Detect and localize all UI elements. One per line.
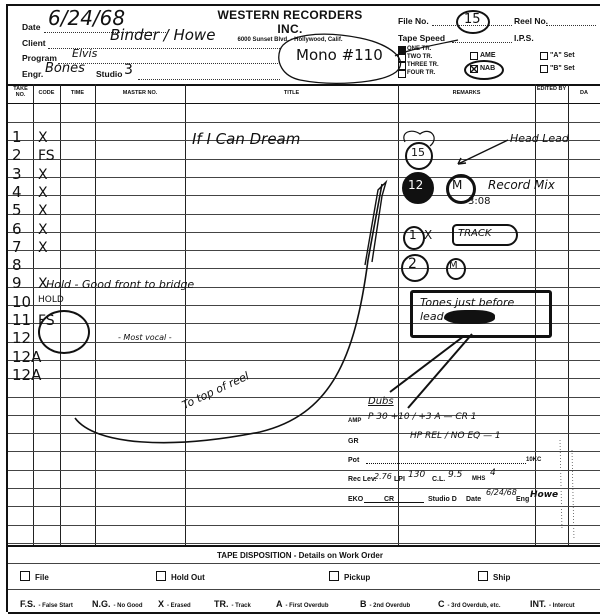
legend-meaning: - 2nd Overdub: [370, 603, 411, 609]
legend-item: C- 3rd Overdub, etc.: [438, 599, 501, 609]
disposition-file[interactable]: File: [20, 571, 49, 582]
legend-code: N.G.: [92, 599, 111, 609]
legend-code: TR.: [214, 599, 229, 609]
ink-strokes: [0, 0, 600, 616]
pickup-checkbox[interactable]: [329, 571, 339, 581]
legend-meaning: - 3rd Overdub, etc.: [448, 603, 501, 609]
legend-meaning: - False Start: [39, 603, 73, 609]
legend-code: C: [438, 599, 445, 609]
legend-code: B: [360, 599, 367, 609]
legend-item: X- Erased: [158, 599, 191, 609]
file-checkbox[interactable]: [20, 571, 30, 581]
disposition-pickup[interactable]: Pickup: [329, 571, 370, 582]
footer-bottom-border: [8, 612, 600, 614]
legend-meaning: - Erased: [167, 603, 191, 609]
legend-meaning: - Track: [232, 603, 251, 609]
tape-disposition-title: TAPE DISPOSITION - Details on Work Order: [0, 551, 600, 560]
disposition-ship[interactable]: Ship: [478, 571, 510, 582]
disposition-hold-out[interactable]: Hold Out: [156, 571, 205, 582]
ship-checkbox[interactable]: [478, 571, 488, 581]
footer-divider: [8, 589, 600, 590]
legend-item: N.G.- No Good: [92, 599, 143, 609]
legend-meaning: - First Overdub: [286, 603, 329, 609]
hold-out-checkbox[interactable]: [156, 571, 166, 581]
legend-code: X: [158, 599, 164, 609]
footer-divider: [8, 545, 600, 547]
legend-item: F.S.- False Start: [20, 599, 73, 609]
legend-code: F.S.: [20, 599, 36, 609]
footer-divider: [8, 563, 600, 564]
legend-item: B- 2nd Overdub: [360, 599, 410, 609]
legend-item: TR.- Track: [214, 599, 251, 609]
legend-code: INT.: [530, 599, 546, 609]
legend-item: INT.- Intercut: [530, 599, 575, 609]
legend-code: A: [276, 599, 283, 609]
legend-meaning: - No Good: [114, 603, 143, 609]
legend-meaning: - Intercut: [549, 603, 575, 609]
legend-item: A- First Overdub: [276, 599, 329, 609]
